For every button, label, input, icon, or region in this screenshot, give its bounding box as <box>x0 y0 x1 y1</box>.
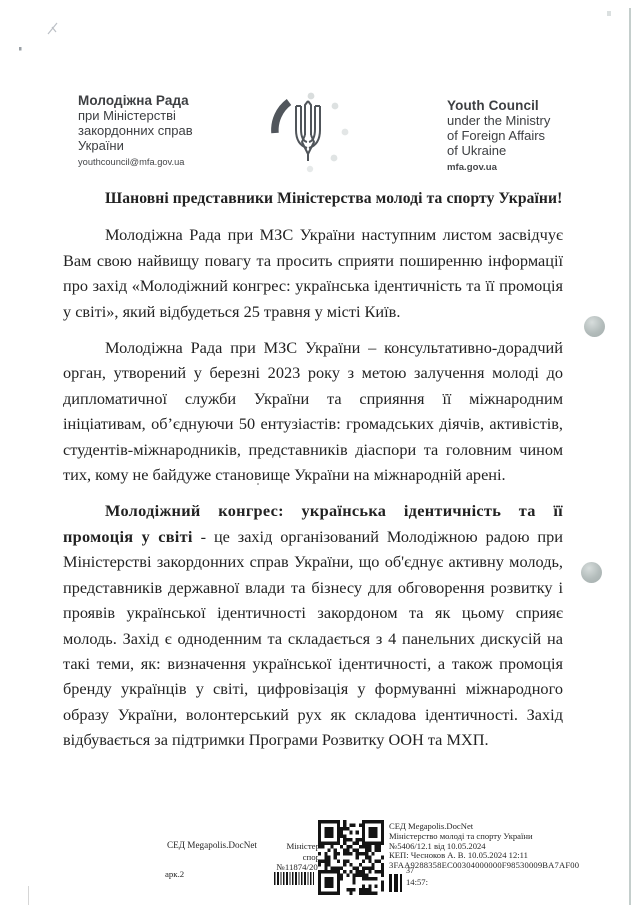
org-name-ukrainian: Молодіжна Рада при Міністерстві закордон… <box>78 93 193 167</box>
stamp-time: 14:57: <box>406 877 428 887</box>
speck <box>19 47 22 51</box>
barcode <box>274 872 314 885</box>
page-corner-shadow <box>28 886 29 905</box>
org-website: mfa.gov.ua <box>447 162 550 173</box>
page-edge-shadow <box>629 8 631 905</box>
letter-body: Шановні представники Міністерства молоді… <box>63 186 563 753</box>
barcode-small <box>389 874 402 892</box>
sheet-number: арк.2 <box>165 869 184 879</box>
org-title-uk: Молодіжна Рада <box>78 93 193 108</box>
pencil-mark <box>48 23 57 34</box>
center-stamp: Міністер спор №11874/20. <box>240 841 320 873</box>
stamp-hash: 3FAA9288358EC00304000000F98530009BA7AF00 <box>389 861 624 871</box>
org-name-english: Youth Council under the Ministry of Fore… <box>447 98 550 173</box>
trident-logo-icon <box>268 90 353 175</box>
speck <box>607 11 611 16</box>
qr-code <box>318 820 384 895</box>
scanned-letter-page: Молодіжна Рада при Міністерстві закордон… <box>0 0 640 905</box>
punch-hole <box>581 562 602 583</box>
punch-hole <box>584 316 605 337</box>
paragraph-1: Молодіжна Рада при МЗС України наступним… <box>63 222 563 324</box>
registration-stamp: СЕД Megapolis.DocNet Міністерство молоді… <box>389 822 624 871</box>
org-email: youthcouncil@mfa.gov.ua <box>78 157 193 167</box>
paragraph-2: Молодіжна Рада при МЗС України – консуль… <box>63 335 563 487</box>
org-title-en: Youth Council <box>447 98 550 113</box>
salutation: Шановні представники Міністерства молоді… <box>63 186 563 211</box>
paragraph-3: Молодіжний конгрес: українська ідентичні… <box>63 498 563 752</box>
stamp-overlap-number: 37 <box>406 866 414 875</box>
